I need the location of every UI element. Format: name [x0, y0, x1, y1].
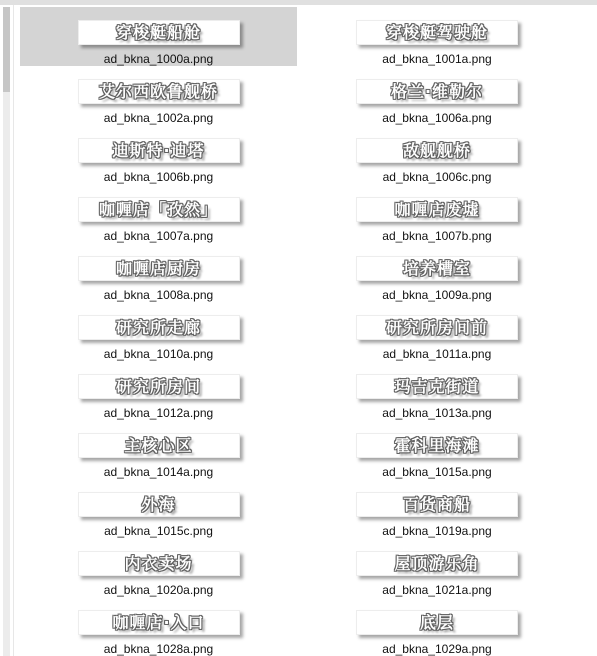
- gallery-item[interactable]: 玛吉克街道 ad_bkna_1013a.png: [297, 361, 577, 420]
- image-title-plate[interactable]: 培养槽室: [356, 256, 518, 281]
- gallery-item[interactable]: 外海 ad_bkna_1015c.png: [20, 479, 297, 538]
- image-title-plate[interactable]: 主核心区: [78, 433, 240, 458]
- gallery-item[interactable]: 霍科里海滩 ad_bkna_1015a.png: [297, 420, 577, 479]
- image-title-plate[interactable]: 研究所房间: [78, 374, 240, 399]
- panel-divider: [13, 5, 14, 656]
- image-title: 屋顶游乐角: [394, 556, 479, 572]
- scrollbar-thumb[interactable]: [3, 7, 10, 92]
- image-title-plate[interactable]: 霍科里海滩: [356, 433, 518, 458]
- image-title-plate[interactable]: 玛吉克街道: [356, 374, 518, 399]
- gallery-item[interactable]: 咖喱店·入口 ad_bkna_1028a.png: [20, 597, 297, 656]
- image-title-plate[interactable]: 穿梭艇船舱: [78, 20, 240, 45]
- image-title-plate[interactable]: 敌舰舰桥: [356, 138, 518, 163]
- image-title: 内衣卖场: [124, 556, 192, 572]
- gallery-item[interactable]: 内衣卖场 ad_bkna_1020a.png: [20, 538, 297, 597]
- image-title: 迪斯特·迪塔: [112, 143, 204, 159]
- image-filename: ad_bkna_1028a.png: [104, 642, 213, 656]
- image-title-plate[interactable]: 穿梭艇驾驶舱: [356, 20, 518, 45]
- image-title-plate[interactable]: 格兰·维勒尔: [356, 79, 518, 104]
- image-filename: ad_bkna_1006c.png: [383, 170, 492, 184]
- image-title-plate[interactable]: 咖喱店厨房: [78, 256, 240, 281]
- image-filename: ad_bkna_1002a.png: [104, 111, 213, 125]
- image-filename: ad_bkna_1020a.png: [104, 583, 213, 597]
- image-title-plate[interactable]: 研究所房间前: [356, 315, 518, 340]
- image-title: 研究所走廊: [116, 320, 201, 336]
- image-filename: ad_bkna_1015c.png: [104, 524, 213, 538]
- image-title: 霍科里海滩: [394, 438, 479, 454]
- image-filename: ad_bkna_1014a.png: [104, 465, 213, 479]
- image-title-plate[interactable]: 咖喱店废墟: [356, 197, 518, 222]
- gallery-item[interactable]: 主核心区 ad_bkna_1014a.png: [20, 420, 297, 479]
- image-filename: ad_bkna_1013a.png: [382, 406, 491, 420]
- image-title-plate[interactable]: 底层: [356, 610, 518, 635]
- image-filename: ad_bkna_1010a.png: [104, 347, 213, 361]
- image-title: 外海: [141, 497, 175, 513]
- image-filename: ad_bkna_1006a.png: [382, 111, 491, 125]
- image-title: 穿梭艇驾驶舱: [386, 25, 488, 41]
- vertical-scrollbar[interactable]: [3, 7, 10, 656]
- gallery-item[interactable]: 研究所房间 ad_bkna_1012a.png: [20, 361, 297, 420]
- image-title: 百货商船: [403, 497, 471, 513]
- image-title-plate[interactable]: 屋顶游乐角: [356, 551, 518, 576]
- image-title: 研究所房间前: [386, 320, 488, 336]
- gallery-item[interactable]: 研究所房间前 ad_bkna_1011a.png: [297, 302, 577, 361]
- image-title: 主核心区: [124, 438, 192, 454]
- image-filename: ad_bkna_1019a.png: [382, 524, 491, 538]
- gallery-item[interactable]: 研究所走廊 ad_bkna_1010a.png: [20, 302, 297, 361]
- image-title: 艾尔西欧鲁舰桥: [99, 84, 218, 100]
- gallery-item[interactable]: 格兰·维勒尔 ad_bkna_1006a.png: [297, 66, 577, 125]
- image-title-plate[interactable]: 百货商船: [356, 492, 518, 517]
- image-title: 咖喱店·入口: [112, 615, 204, 631]
- top-bar: [0, 0, 597, 5]
- image-title: 培养槽室: [403, 261, 471, 277]
- image-filename: ad_bkna_1021a.png: [382, 583, 491, 597]
- image-title-plate[interactable]: 迪斯特·迪塔: [78, 138, 240, 163]
- image-filename: ad_bkna_1012a.png: [104, 406, 213, 420]
- image-filename: ad_bkna_1009a.png: [382, 288, 491, 302]
- image-title-plate[interactable]: 艾尔西欧鲁舰桥: [78, 79, 240, 104]
- gallery-item[interactable]: 培养槽室 ad_bkna_1009a.png: [297, 243, 577, 302]
- image-filename: ad_bkna_1000a.png: [104, 52, 213, 66]
- image-filename: ad_bkna_1029a.png: [382, 642, 491, 656]
- image-title: 敌舰舰桥: [403, 143, 471, 159]
- image-title: 咖喱店废墟: [394, 202, 479, 218]
- gallery-item[interactable]: 屋顶游乐角 ad_bkna_1021a.png: [297, 538, 577, 597]
- gallery-item[interactable]: 咖喱店厨房 ad_bkna_1008a.png: [20, 243, 297, 302]
- image-title-plate[interactable]: 咖喱店「孜然」: [78, 197, 240, 222]
- image-gallery-list: 穿梭艇船舱 ad_bkna_1000a.png 穿梭艇驾驶舱 ad_bkna_1…: [20, 7, 597, 656]
- image-title: 玛吉克街道: [394, 379, 479, 395]
- image-filename: ad_bkna_1015a.png: [382, 465, 491, 479]
- gallery-item[interactable]: 艾尔西欧鲁舰桥 ad_bkna_1002a.png: [20, 66, 297, 125]
- image-title: 格兰·维勒尔: [391, 84, 483, 100]
- image-title-plate[interactable]: 研究所走廊: [78, 315, 240, 340]
- gallery-item[interactable]: 穿梭艇船舱 ad_bkna_1000a.png: [20, 7, 297, 66]
- image-title: 咖喱店厨房: [116, 261, 201, 277]
- image-filename: ad_bkna_1006b.png: [104, 170, 213, 184]
- gallery-item[interactable]: 咖喱店「孜然」 ad_bkna_1007a.png: [20, 184, 297, 243]
- image-title-plate[interactable]: 内衣卖场: [78, 551, 240, 576]
- image-title: 穿梭艇船舱: [116, 25, 201, 41]
- image-title-plate[interactable]: 咖喱店·入口: [78, 610, 240, 635]
- image-filename: ad_bkna_1007a.png: [104, 229, 213, 243]
- image-filename: ad_bkna_1007b.png: [382, 229, 491, 243]
- image-title: 咖喱店「孜然」: [99, 202, 218, 218]
- image-title: 底层: [420, 615, 454, 631]
- gallery-item[interactable]: 咖喱店废墟 ad_bkna_1007b.png: [297, 184, 577, 243]
- image-filename: ad_bkna_1008a.png: [104, 288, 213, 302]
- gallery-item[interactable]: 百货商船 ad_bkna_1019a.png: [297, 479, 577, 538]
- image-title-plate[interactable]: 外海: [78, 492, 240, 517]
- gallery-item[interactable]: 迪斯特·迪塔 ad_bkna_1006b.png: [20, 125, 297, 184]
- image-filename: ad_bkna_1011a.png: [383, 347, 492, 361]
- gallery-item[interactable]: 底层 ad_bkna_1029a.png: [297, 597, 577, 656]
- image-filename: ad_bkna_1001a.png: [382, 52, 491, 66]
- gallery-item[interactable]: 敌舰舰桥 ad_bkna_1006c.png: [297, 125, 577, 184]
- gallery-item[interactable]: 穿梭艇驾驶舱 ad_bkna_1001a.png: [297, 7, 577, 66]
- image-title: 研究所房间: [116, 379, 201, 395]
